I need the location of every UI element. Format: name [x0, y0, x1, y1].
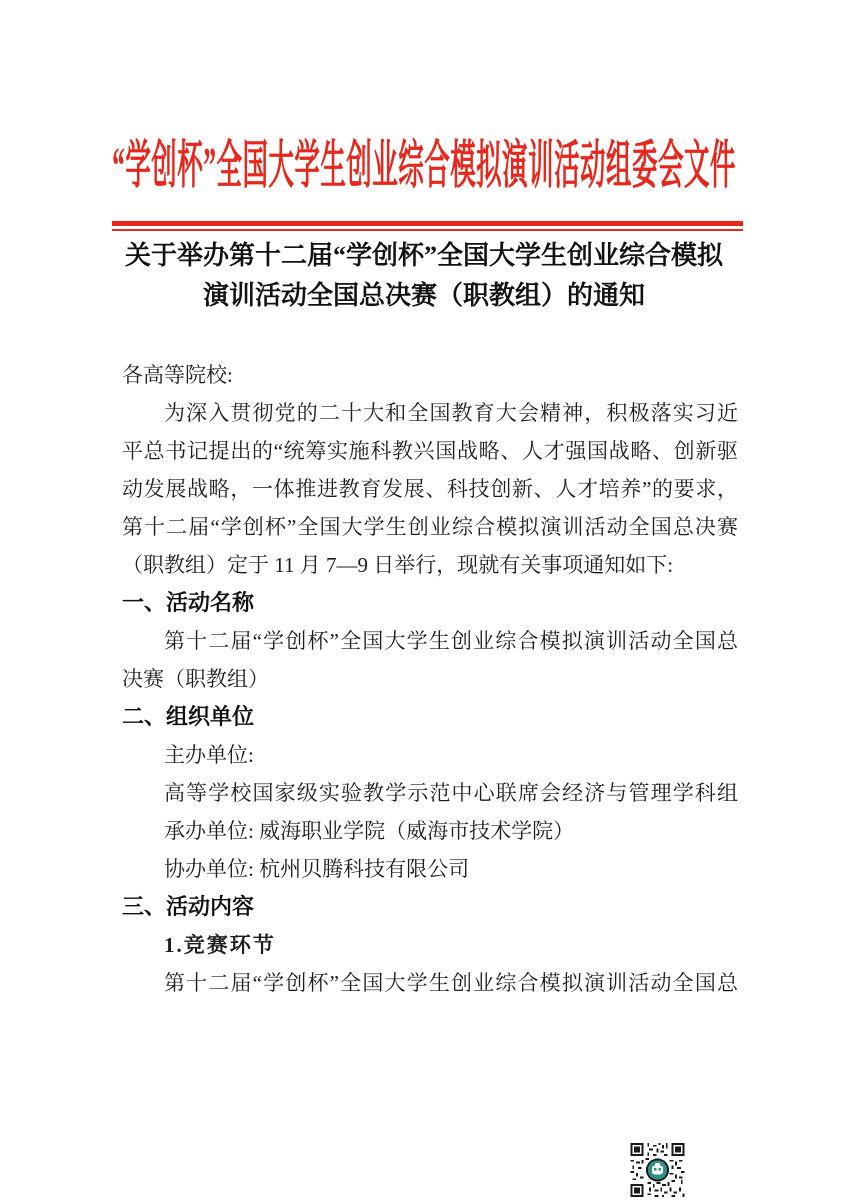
- co-organizer-line: 协办单位: 杭州贝腾科技有限公司: [122, 850, 738, 888]
- masthead-title: “学创杯”全国大学生创业综合模拟演训活动组委会文件: [112, 136, 736, 198]
- document-page: “学创杯”全国大学生创业综合模拟演训活动组委会文件 关于举办第十二届“学创杯”全…: [0, 0, 848, 1200]
- section-heading-activity-content: 三、活动内容: [122, 888, 738, 926]
- paragraph-line: 第十二届“学创杯”全国大学生创业综合模拟演训活动全国总: [122, 622, 738, 660]
- host-unit-name: 高等学校国家级实验教学示范中心联席会经济与管理学科组: [122, 774, 738, 812]
- section-heading-organizers: 二、组织单位: [122, 698, 738, 736]
- qr-code-icon: [630, 1143, 685, 1197]
- document-title-line-2: 演训活动全国总决赛（职教组）的通知: [0, 276, 848, 316]
- red-divider: [112, 221, 743, 231]
- host-unit-label: 主办单位:: [122, 736, 738, 774]
- paragraph-line: 第十二届“学创杯”全国大学生创业综合模拟演训活动全国总: [122, 964, 738, 1002]
- paragraph-line: 为深入贯彻党的二十大和全国教育大会精神，积极落实习近: [122, 394, 738, 432]
- undertaking-unit-line: 承办单位: 威海职业学院（威海市技术学院）: [122, 812, 738, 850]
- paragraph-line: 动发展战略，一体推进教育发展、科技创新、人才培养”的要求，: [122, 470, 738, 508]
- section-heading-activity-name: 一、活动名称: [122, 584, 738, 622]
- paragraph-line: 第十二届“学创杯”全国大学生创业综合模拟演训活动全国总决赛: [122, 508, 738, 546]
- document-title-line-1: 关于举办第十二届“学创杯”全国大学生创业综合模拟: [0, 236, 848, 276]
- masthead: “学创杯”全国大学生创业综合模拟演训活动组委会文件: [0, 136, 848, 202]
- document-body: 各高等院校: 为深入贯彻党的二十大和全国教育大会精神，积极落实习近 平总书记提出…: [122, 356, 738, 1002]
- document-title: 关于举办第十二届“学创杯”全国大学生创业综合模拟 演训活动全国总决赛（职教组）的…: [0, 236, 848, 316]
- paragraph-line: 决赛（职教组）: [122, 660, 738, 698]
- paragraph-line: 平总书记提出的“统筹实施科教兴国战略、人才强国战略、创新驱: [122, 432, 738, 470]
- paragraph-line: （职教组）定于 11 月 7—9 日举行，现就有关事项通知如下:: [122, 546, 738, 584]
- salutation: 各高等院校:: [122, 356, 738, 394]
- subsection-competition-stage: 1.竞赛环节: [122, 926, 738, 964]
